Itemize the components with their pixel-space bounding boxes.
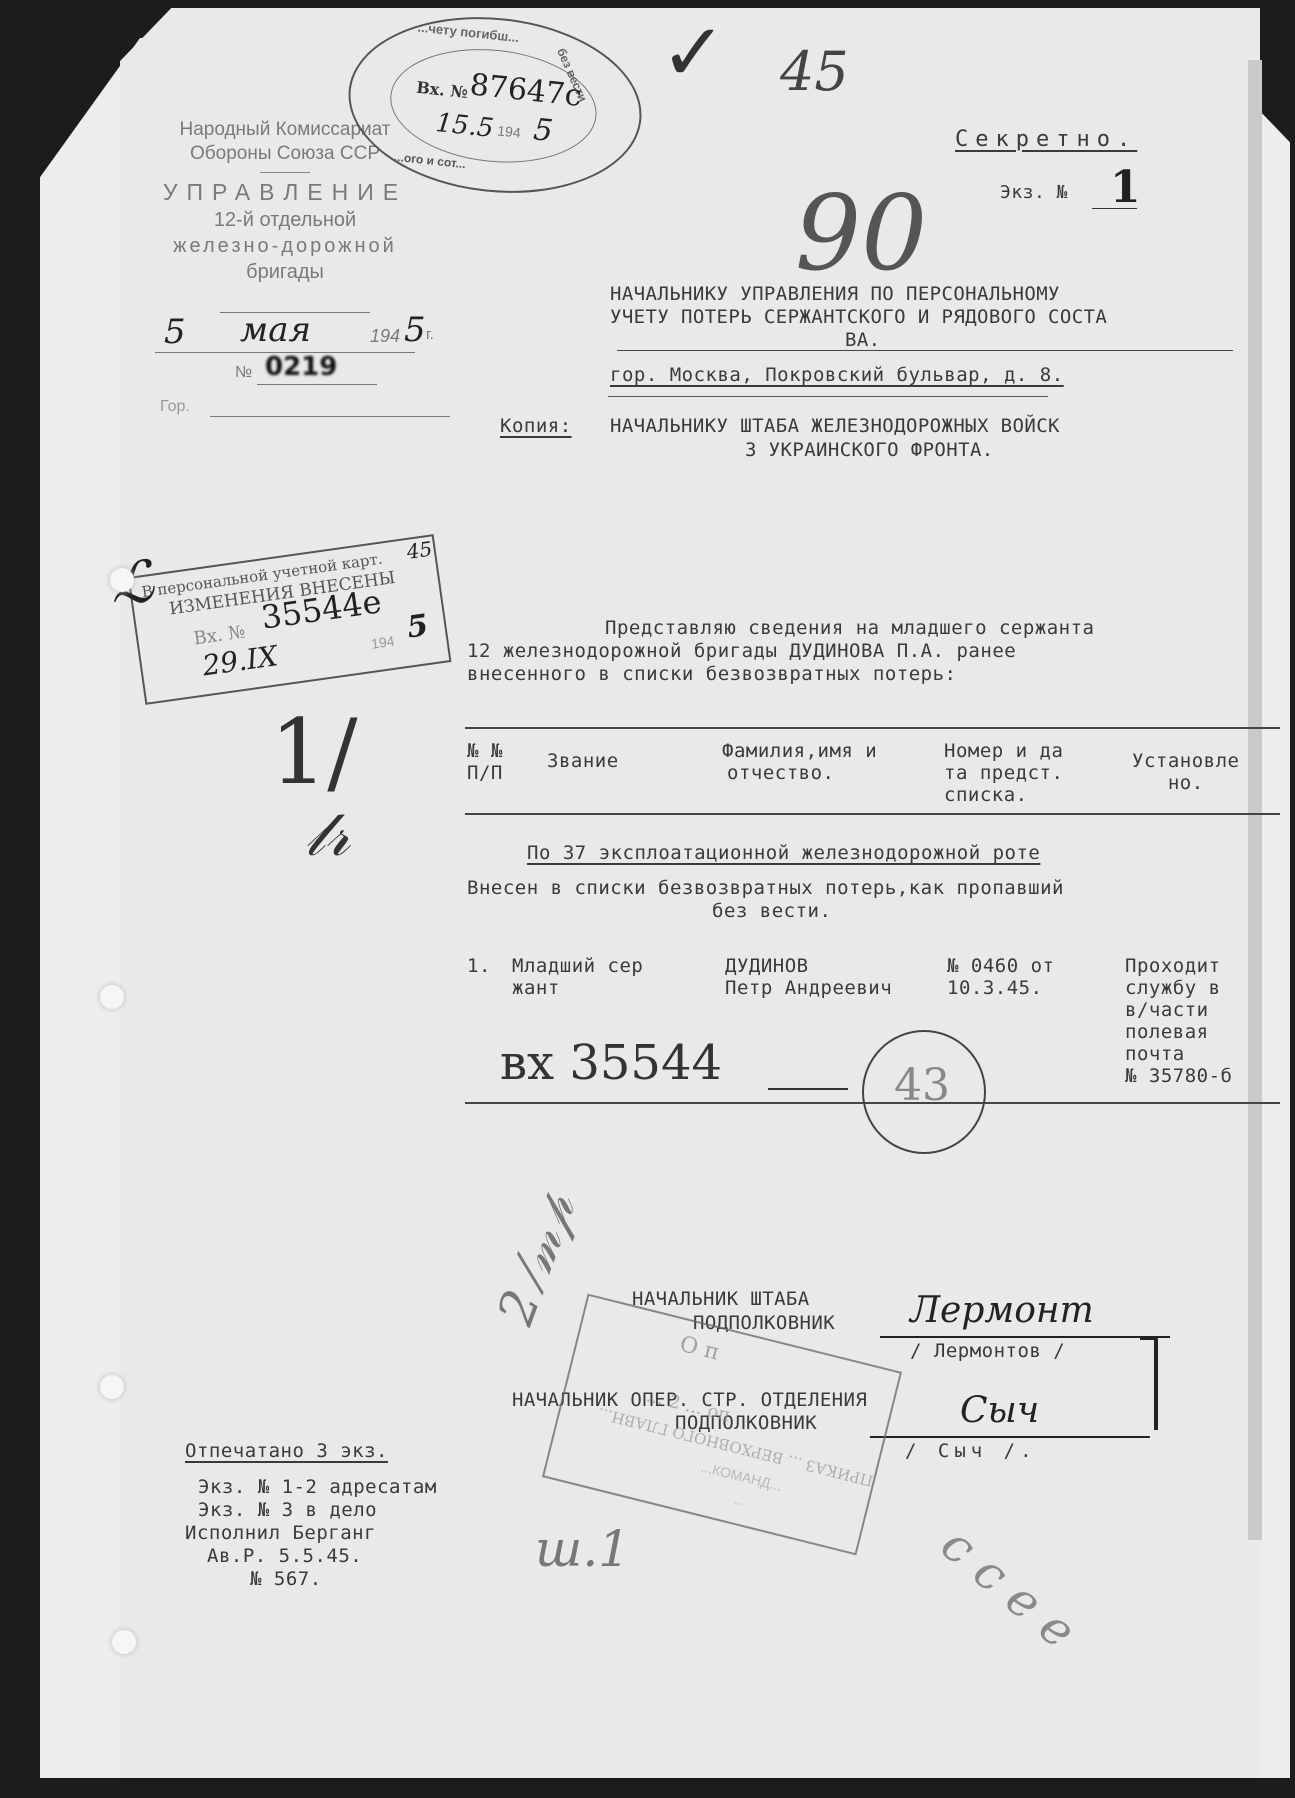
row-list-l2: 10.3.45. [947, 977, 1054, 999]
row-status-l1: Проходит [1125, 955, 1232, 977]
bottom-ref-underline [768, 1088, 848, 1090]
col-header-rank-l1: Звание [547, 750, 619, 772]
date-suffix: г. [426, 326, 434, 343]
col-header-num-l1: № № [467, 740, 503, 762]
body-para-line1: Представляю сведения на младшего сержант… [605, 617, 1095, 639]
number-rule [257, 384, 377, 385]
letterhead-city: Гор. [160, 398, 450, 422]
col-header-list-l3: списка. [944, 784, 1063, 806]
copy-to-label: Копия: [500, 415, 572, 437]
punch-hole [110, 568, 134, 592]
footer-line1: Экз. № 1-2 адресатам [198, 1476, 437, 1498]
date-year-prefix: 194 [370, 326, 400, 347]
card-stamp-year-prefix: 194 [370, 633, 395, 652]
row-name-l1: ДУДИНОВ [725, 955, 892, 977]
letterhead-title: УПРАВЛЕНИЕ [135, 177, 435, 207]
bracket-mark [1140, 1338, 1158, 1430]
row-rank-l2: жант [512, 977, 643, 999]
row-list: № 0460 от 10.3.45. [947, 955, 1054, 999]
col-header-num-l2: П/П [467, 762, 503, 784]
row-name-l2: Петр Андреевич [725, 977, 892, 999]
body-para-line3: внесенного в списки безвозвратных потерь… [467, 663, 957, 685]
addressee-line3: ВА. [845, 329, 881, 351]
bottom-ref: вх 35544 [500, 1035, 722, 1091]
row-status-l3: в/части [1125, 999, 1232, 1021]
col-header-list-l2: та предст. [944, 762, 1063, 784]
checkmark-icon: ✓ [660, 6, 727, 99]
margin-mark: 1/ [270, 700, 358, 805]
letterhead-rule [260, 172, 310, 173]
row-name: ДУДИНОВ Петр Андреевич [725, 955, 892, 999]
copy-to-line2: 3 УКРАИНСКОГО ФРОНТА. [745, 439, 994, 461]
copy-rule [1092, 208, 1137, 209]
table-top-rule [465, 727, 1280, 729]
city-label: Гор. [160, 398, 190, 416]
body-para-line2: 12 железнодорожной бригады ДУДИНОВА П.А.… [467, 640, 1016, 662]
copy-number-line: Экз. № 1 [1000, 170, 1200, 210]
footer-line5: № 567. [250, 1568, 322, 1590]
incoming-year-hand: 5 [532, 112, 555, 149]
rect-stamp-line1: О п [677, 1332, 722, 1366]
row-list-l1: № 0460 от [947, 955, 1054, 977]
incoming-year-prefix: 194 [497, 122, 522, 140]
letterhead-line6: бригады [135, 259, 435, 285]
row-status-l2: службу в [1125, 977, 1232, 999]
addressee-rule [617, 350, 1233, 351]
margin-scribble: 𝓁𝓇 [305, 800, 350, 870]
table-bottom-rule [465, 1102, 1280, 1104]
page-number: 90 [795, 172, 927, 294]
col-header-num: № № П/П [467, 740, 503, 784]
sig2-signature: Сыч [960, 1390, 1039, 1431]
rect-stamp-line5: ... [733, 1492, 746, 1508]
letterhead-line4: 12-й отдельной [135, 207, 435, 233]
city-rule [210, 416, 450, 417]
row-rank-l1: Младший сер [512, 955, 643, 977]
address: гор. Москва, Покровский бульвар, д. 8. [610, 364, 1064, 386]
copy-to: Копия: НАЧАЛЬНИКУ ШТАБА ЖЕЛЕЗНОДОРОЖНЫХ … [500, 415, 1260, 475]
incoming-arc-top: ...чету погибш... [417, 20, 520, 46]
row-status-l6: № 35780-б [1125, 1065, 1232, 1087]
top-mark: 45 [780, 40, 849, 103]
row-status-l4: полевая [1125, 1021, 1232, 1043]
col-header-list-l1: Номер и да [944, 740, 1063, 762]
addressee-line1: НАЧАЛЬНИКУ УПРАВЛЕНИЯ ПО ПЕРСОНАЛЬНОМУ [610, 283, 1060, 305]
col-header-name-l2: отчество. [722, 762, 877, 784]
date-month: мая [240, 310, 311, 350]
footer-title: Отпечатано 3 экз. [185, 1440, 388, 1462]
footer-line4: Ав.Р. 5.5.45. [207, 1545, 362, 1567]
sig1-name: / Лермонтов / [910, 1340, 1065, 1362]
col-header-status-l2: но. [1132, 772, 1239, 794]
punch-hole [100, 1375, 124, 1399]
copy-label: Экз. № [1000, 182, 1068, 203]
date-day: 5 [164, 312, 186, 352]
circled-number-ring: 43 [862, 1030, 986, 1154]
number-label: № [235, 364, 252, 382]
section-note-line2: без вести. [712, 900, 831, 922]
punch-hole [112, 1630, 136, 1654]
copy-number: 1 [1110, 162, 1141, 213]
col-header-rank: Звание [547, 750, 619, 772]
row-rank: Младший сер жант [512, 955, 643, 999]
punch-hole [100, 985, 124, 1009]
section-note-line1: Внесен в списки безвозвратных потерь,как… [467, 877, 1064, 899]
card-stamp-year-hand: 5 [405, 608, 431, 646]
sig1-title1: НАЧАЛЬНИК ШТАБА [632, 1288, 810, 1310]
table-header: № № П/П Звание Фамилия,имя и отчество. Н… [467, 740, 1277, 810]
number-value: 0219 [265, 352, 337, 382]
letterhead-line5: железно-дорожной [135, 233, 435, 259]
footer-line3: Исполнил Берганг [185, 1522, 376, 1544]
row-num: 1. [467, 955, 491, 977]
pencil-note-bottom: ш.1 [535, 1520, 630, 1578]
incoming-date: 15.5 [434, 108, 495, 144]
col-header-name-l1: Фамилия,имя и [722, 740, 877, 762]
row-status: Проходит службу в в/части полевая почта … [1125, 955, 1232, 1087]
copy-to-line1: НАЧАЛЬНИКУ ШТАБА ЖЕЛЕЗНОДОРОЖНЫХ ВОЙСК [610, 415, 1060, 437]
section-title: По 37 эксплоатационной железнодорожной р… [527, 842, 1040, 864]
footer-line2: Экз. № 3 в дело [198, 1499, 377, 1521]
col-header-status-l1: Установле [1132, 750, 1239, 772]
sig1-signature: Лермонт [910, 1290, 1094, 1331]
addressee-line2: УЧЕТУ ПОТЕРЬ СЕРЖАНТСКОГО И РЯДОВОГО СОС… [610, 306, 1107, 328]
sig2-name: / Сыч /. [905, 1440, 1037, 1462]
date-year-hand: 5 [404, 310, 426, 350]
letterhead-number: № 0219 [235, 352, 435, 388]
row-status-l5: почта [1125, 1043, 1232, 1065]
sig2-line [870, 1436, 1150, 1438]
sig1-line [880, 1336, 1170, 1338]
col-header-name: Фамилия,имя и отчество. [722, 740, 877, 784]
classification: Секретно. [955, 127, 1137, 152]
address-rule-double [608, 396, 1048, 397]
col-header-status: Установле но. [1132, 750, 1239, 794]
card-stamp-corner-mark: 45 [405, 537, 434, 564]
col-header-list: Номер и да та предст. списка. [944, 740, 1063, 806]
table-header-rule [465, 813, 1280, 815]
